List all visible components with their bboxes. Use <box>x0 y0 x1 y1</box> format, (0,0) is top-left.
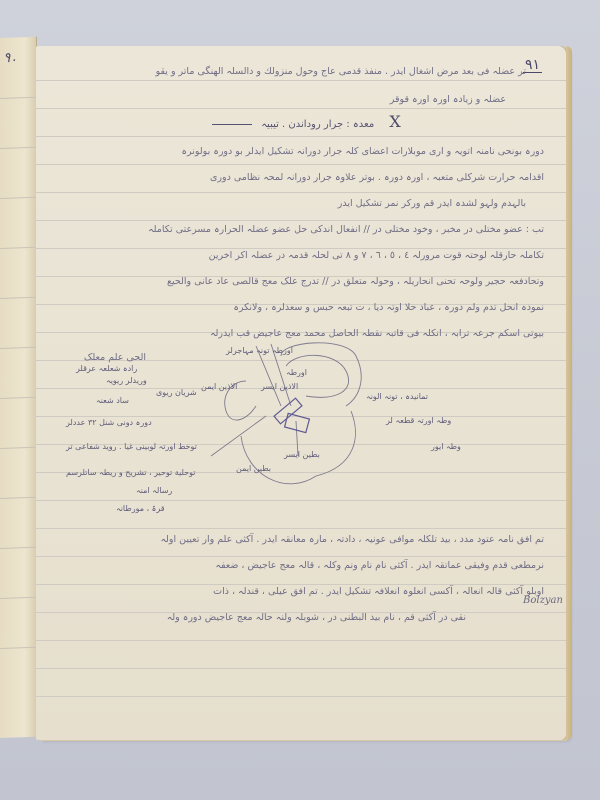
text-line: نقی در آکثی قم ، نام بید البطنی در ، شوب… <box>167 612 466 623</box>
text-line: نمودہ انحل تدم ولم دورہ ، عباد حلا اوتہ … <box>233 302 544 313</box>
diagram-side-note: قرۃ ، مورطانہ <box>116 504 165 513</box>
diagram-label: وریدلر ریویہ <box>106 376 147 385</box>
text-line: بالہدم ولہو لشدہ ایدر قم ورکر نمر تشکیل … <box>338 198 526 209</box>
diagram-side-note: توحلیة توحیر ، تشریح و ریطہ ساتلرسم <box>66 468 195 477</box>
ruled-line <box>36 164 566 165</box>
left-page-edge: ٩٠ <box>0 37 37 738</box>
ruled-line <box>36 108 566 109</box>
diagram-side-note: توخط اورتہ لوبینی غیا . روید شفاعی تر <box>66 442 197 451</box>
section-heading: X معدہ : جرار روداندن . تیبیہ <box>206 112 401 131</box>
diagram-label: اورطہ <box>286 368 307 377</box>
left-page-number: ٩٠ <box>2 50 20 69</box>
diagram-label: شریان ریوی <box>156 388 197 397</box>
notebook-page: ٩١ تر عضلہ فی بعد مرض اشغال ایدر . منفذ … <box>36 46 566 740</box>
diagram-label: الاذین ایمن <box>201 382 237 391</box>
diagram-side-note: رسالہ امنہ <box>136 486 172 495</box>
heading-marker: X <box>389 112 400 131</box>
ruled-line <box>36 556 566 557</box>
ruled-line <box>36 584 566 585</box>
ruled-line <box>36 136 566 137</box>
margin-note: Bolzyan <box>523 595 563 606</box>
diagram-label: بطین ایسر <box>284 450 320 459</box>
diagram-label: اورطہ تونہ مہاجرلر <box>226 346 293 355</box>
diagram-side-note: دورہ دونی شنل ٣٢ عددلر <box>66 418 152 427</box>
text-line: عضلہ و زیادہ اورہ اورہ قوقر <box>390 94 506 105</box>
text-line: تب : عضو مختلی در مخبر ، وخود مختلی در /… <box>148 224 544 235</box>
diagram-label: بطین ایمن <box>236 464 271 473</box>
page-stack-edge <box>566 46 572 740</box>
text-line: الحی علم معلک <box>84 352 146 363</box>
ruled-line <box>36 668 566 669</box>
ruled-line <box>36 248 566 249</box>
text-line: نرمطعی قدم وفیقی عماتقہ ایدر . آکثی نام … <box>215 560 544 571</box>
ruled-line <box>36 220 566 221</box>
ruled-line <box>36 500 566 501</box>
diagram-side-note: وطہ ایور <box>431 442 461 451</box>
ruled-line <box>36 696 566 697</box>
ruled-line <box>36 640 566 641</box>
text-line: وتحادفعہ حجیر ولوحہ تحنی انحاریلہ ، وحول… <box>167 276 544 287</box>
text-line: اقدامہ حرارت شرکلی متعبہ ، اورہ دورہ . ب… <box>210 172 544 183</box>
ruled-line <box>36 192 566 193</box>
ruled-line <box>36 80 566 81</box>
ruled-line <box>36 528 566 529</box>
diagram-label: الاذین ایسر <box>261 382 298 391</box>
text-line: اوبلو آکثی قالہ انعالہ ، آکسی انعلوہ انع… <box>213 586 544 597</box>
heart-diagram <box>186 336 376 486</box>
heading-text: معدہ : جرار روداندن . تیبیہ <box>261 119 374 130</box>
diagram-side-note: رادہ شعلعہ عرقلر <box>76 364 137 373</box>
text-line: تر عضلہ فی بعد مرض اشغال ایدر . منفذ قدم… <box>156 66 526 77</box>
diagram-side-note: وطہ اورتہ قطعہ لر <box>386 416 451 425</box>
diagram-side-note: ساد شعنہ <box>96 396 129 405</box>
text-line: تم افق نامہ عتود مدد ، بید تلکلہ موافی ع… <box>160 534 544 545</box>
diagram-side-note: تمانیدہ ، تونہ الونہ <box>366 392 428 401</box>
text-line: دورہ بونحی نامنہ اتویہ و اری موبلارات اع… <box>181 146 544 157</box>
text-line: تکاملہ حارقلہ لوحتہ قوت مرورلہ ٤ ، ٥ ، ٦… <box>209 250 544 261</box>
heading-underline <box>212 124 252 125</box>
